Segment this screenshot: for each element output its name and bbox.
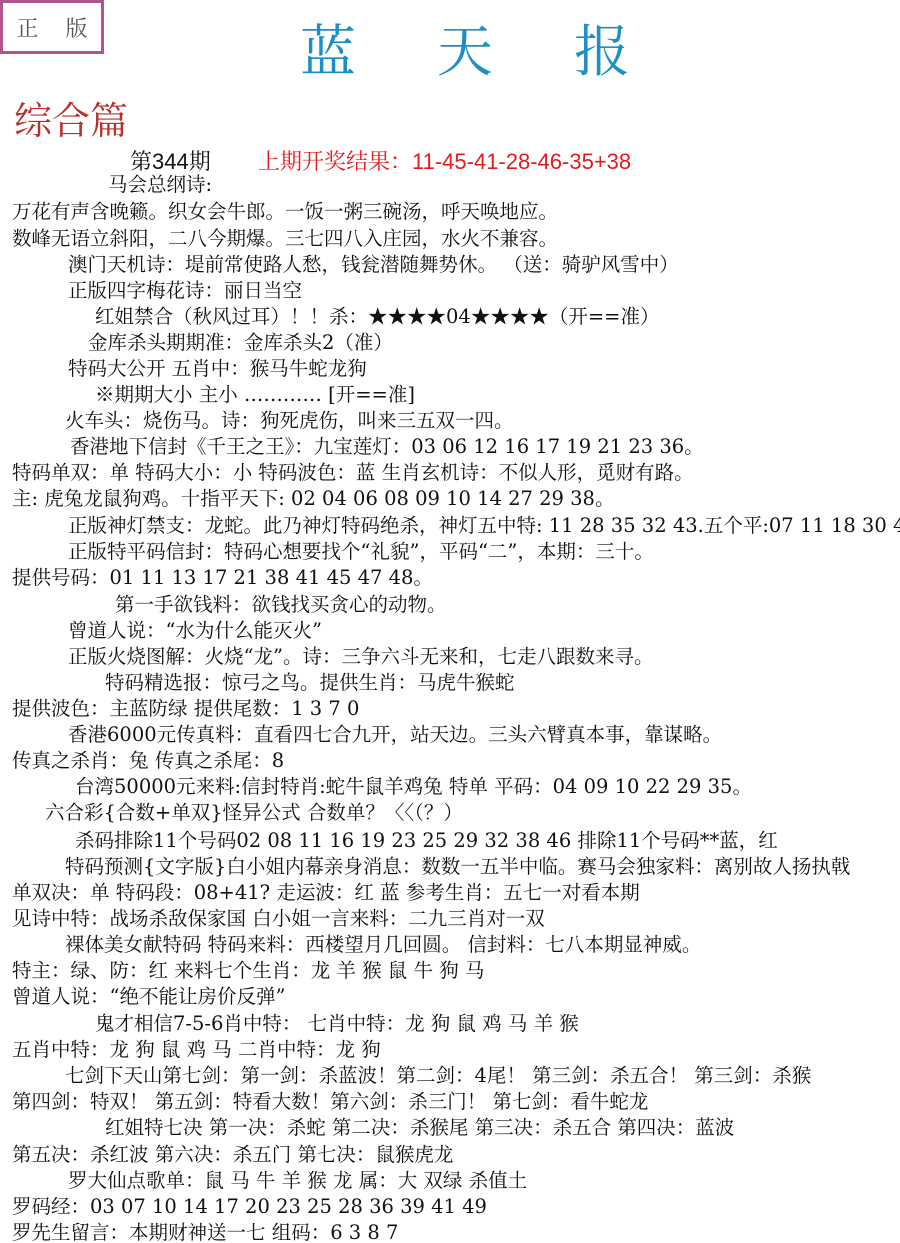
text-line: 杀码排除11个号码02 08 11 16 19 23 25 29 32 38 4… [75, 829, 778, 853]
text-line: 特主：绿、防：红 来料七个生肖：龙 羊 猴 鼠 牛 狗 马 [12, 959, 484, 983]
page-title: 蓝 天 报 [300, 18, 630, 88]
text-line: 特码预测{文字版}白小姐内幕亲身消息：数数一五半中临。赛马会独家料：离别故人扬执… [65, 855, 850, 879]
text-line: 曾道人说：“绝不能让房价反弹” [12, 985, 285, 1009]
authentic-badge: 正 版 [0, 0, 104, 54]
title-char: 蓝 [300, 18, 356, 88]
badge-char: 正 [16, 12, 38, 43]
text-line: 罗先生留言：本期财神送一七 组码：6 3 8 7 [12, 1221, 398, 1243]
text-line: 裸体美女献特码 特码来料：西楼望月几回圆。 信封料：七八本期显神威。 [65, 933, 701, 957]
text-line: 红姐禁合（秋风过耳）！！杀：★★★★04★★★★（开==准） [95, 305, 660, 329]
text-line: ※期期大小 主小 ………… [开==准] [95, 383, 415, 407]
text-line: 提供波色：主蓝防绿 提供尾数：1 3 7 0 [12, 697, 359, 721]
text-line: 特码精选报：惊弓之鸟。提供生肖：马虎牛猴蛇 [105, 671, 515, 695]
text-line: 提供号码：01 11 13 17 21 38 41 45 47 48。 [12, 566, 433, 590]
text-line: 五肖中特：龙 狗 鼠 鸡 马 二肖中特：龙 狗 [12, 1038, 381, 1062]
text-line: 六合彩{合数+单双}怪异公式 合数单？〈〈（？） [45, 801, 463, 825]
text-line: 万花有声含晚籁。织女会牛郎。一饭一粥三碗汤，呼天唤地应。 [12, 200, 558, 224]
text-line: 正版特平码信封：特码心想要找个“礼貌”，平码“二”，本期：三十。 [68, 540, 654, 564]
text-line: 澳门天机诗：堤前常使路人愁，钱瓮潜随舞势休。 （送：骑驴风雪中） [68, 253, 679, 277]
text-line: 鬼才相信7-5-6肖中特： 七肖中特：龙 狗 鼠 鸡 马 羊 猴 [95, 1012, 579, 1036]
badge-char: 版 [65, 12, 87, 43]
text-line: 红姐特七决 第一决：杀蛇 第二决：杀猴尾 第三决：杀五合 第四决：蓝波 [105, 1116, 734, 1140]
text-line: 七剑下天山第七剑：第一剑：杀蓝波！第二剑：4尾！ 第三剑：杀五合！ 第三剑：杀猴 [65, 1064, 811, 1088]
text-line: 曾道人说：“水为什么能灭火” [68, 619, 322, 643]
issue-number: 第344期 [130, 145, 211, 176]
last-draw-result: 上期开奖结果：11-45-41-28-46-35+38 [258, 145, 631, 176]
text-line: 火车头：烧伤马。诗：狗死虎伤，叫来三五双一四。 [65, 409, 514, 433]
text-line: 正版四字梅花诗：丽日当空 [68, 279, 302, 303]
text-line: 罗大仙点歌单：鼠 马 牛 羊 猴 龙 属：大 双绿 杀值土 [68, 1169, 527, 1193]
text-line: 金库杀头期期准：金库杀头2（准） [88, 331, 393, 355]
text-line: 数峰无语立斜阳，二八今期爆。三七四八入庄园，水火不兼容。 [12, 227, 558, 251]
text-line: 传真之杀肖：兔 传真之杀尾：8 [12, 749, 284, 773]
text-line: 主: 虎兔龙鼠狗鸡。十指平天下: 02 04 06 08 09 10 14 27… [12, 487, 614, 511]
text-line: 香港地下信封《千王之王》：九宝莲灯：03 06 12 16 17 19 21 2… [70, 435, 704, 459]
text-line: 香港6000元传真料：直看四七合九开，站天边。三头六臂真本事，靠谋略。 [68, 723, 722, 747]
text-line: 单双决：单 特码段：08+41? 走运波：红 蓝 参考生肖：五七一对看本期 [12, 881, 640, 905]
text-line: 罗码经：03 07 10 14 17 20 23 25 28 36 39 41 … [12, 1195, 487, 1219]
text-line: 正版神灯禁支：龙蛇。此乃神灯特码绝杀，神灯五中特: 11 28 35 32 43… [68, 514, 900, 538]
text-line: 第五决：杀红波 第六决：杀五门 第七决：鼠猴虎龙 [12, 1143, 453, 1167]
text-line: 马会总纲诗: [108, 173, 212, 197]
text-line: 台湾50000元来料:信封特肖:蛇牛鼠羊鸡兔 特单 平码：04 09 10 22… [75, 775, 752, 799]
text-line: 见诗中特：战场杀敌保家国 白小姐一言来料：二九三肖对一双 [12, 907, 545, 931]
section-heading: 综合篇 [14, 98, 128, 146]
title-char: 天 [437, 18, 493, 88]
text-line: 正版火烧图解：火烧“龙”。诗：三争六斗无来和，七走八跟数来寻。 [68, 645, 653, 669]
text-line: 特码大公开 五肖中：猴马牛蛇龙狗 [68, 357, 367, 381]
text-line: 特码单双：单 特码大小：小 特码波色：蓝 生肖玄机诗：不似人形，觅财有路。 [12, 461, 694, 485]
text-line: 第四剑：特双！ 第五剑：特看大数！第六剑：杀三门！ 第七剑：看牛蛇龙 [12, 1090, 648, 1114]
text-line: 第一手欲钱料：欲钱找买贪心的动物。 [115, 593, 447, 617]
title-char: 报 [574, 18, 630, 88]
